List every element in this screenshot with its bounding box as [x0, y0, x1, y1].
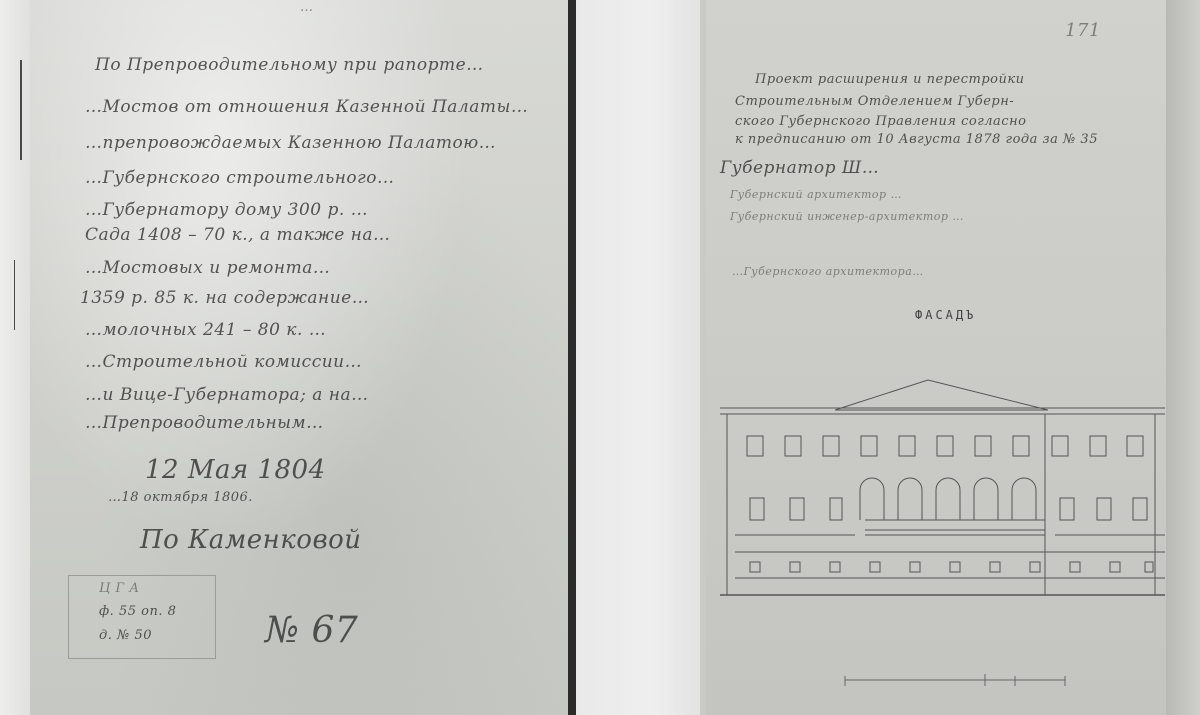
margin-line: [20, 60, 22, 160]
heading-line: Проект расширения и перестройки: [755, 72, 1024, 87]
manuscript-line: 1359 р. 85 к. на содержание…: [80, 288, 369, 308]
heading-line: к предписанию от 10 Августа 1878 года за…: [735, 132, 1098, 147]
header-fragment: …: [300, 0, 314, 15]
document-number: № 67: [265, 610, 358, 651]
heading-line: Строительным Отделением Губерн-: [735, 94, 1014, 109]
drawing-title: ФАСАДЪ: [915, 308, 976, 322]
manuscript-line: …Губернского строительного…: [85, 168, 395, 188]
manuscript-line: …Мостовых и ремонта…: [85, 258, 330, 278]
date-line: 12 Мая 1804: [145, 455, 326, 485]
background-gap: [576, 0, 702, 715]
manuscript-line: …молочных 241 – 80 к. …: [85, 320, 326, 340]
signature: По Каменковой: [140, 525, 362, 555]
manuscript-line: …Губернатору дому 300 р. …: [85, 200, 368, 220]
manuscript-line: …Мостов от отношения Казенной Палаты…: [85, 97, 528, 117]
sub-date-line: …18 октября 1806.: [108, 490, 253, 505]
scale-bar: [840, 672, 1070, 702]
page-edge-shadow: [568, 0, 576, 715]
manuscript-line: …Строительной комиссии…: [85, 352, 362, 372]
manuscript-line: …и Вице-Губернатора; а на…: [85, 385, 369, 405]
page-number: 171: [1065, 20, 1101, 41]
archive-stamp: Ц Г А ф. 55 оп. 8 д. № 50: [68, 575, 216, 659]
manuscript-line: …Препроводительным…: [85, 413, 324, 433]
faint-line: …Губернского архитектора…: [732, 265, 924, 278]
adjacent-page-edge: [1166, 0, 1200, 715]
governor-line: Губернатор Ш…: [720, 158, 879, 178]
manuscript-line: Сада 1408 – 70 к., а также на…: [85, 225, 391, 245]
stamp-line: ф. 55 оп. 8: [99, 604, 176, 619]
stamp-line: Ц Г А: [99, 581, 140, 596]
stamp-line: д. № 50: [99, 628, 152, 643]
manuscript-line: …препровождаемых Казенною Палатою…: [85, 133, 496, 153]
margin-line: [14, 260, 15, 330]
facade-drawing: [715, 370, 1170, 600]
signature-line: Губернский инженер-архитектор …: [730, 210, 964, 223]
signature-line: Губернский архитектор …: [730, 188, 902, 201]
manuscript-line: По Препроводительному при рапорте…: [95, 55, 484, 75]
heading-line: ского Губернского Правления согласно: [735, 114, 1026, 129]
